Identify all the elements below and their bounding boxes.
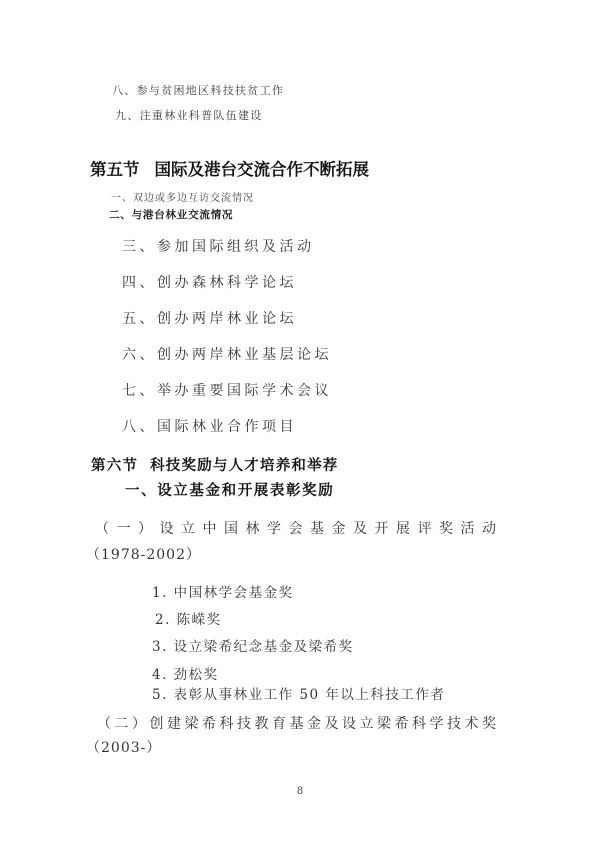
section6-title: 科技奖励与人才培养和举荐 (150, 457, 338, 474)
award-item-2: 2. 陈嵘奖 (155, 614, 222, 628)
document-page: 八、参与贫困地区科技扶贫工作 九、注重林业科普队伍建设 第五节国际及港台交流合作… (0, 0, 600, 848)
section5-item-2: 二、与港台林业交流情况 (109, 210, 233, 221)
section6-block2-period: （2003-） (86, 741, 161, 755)
section5-heading: 第五节国际及港台交流合作不断拓展 (90, 162, 369, 179)
award-item-1: 1. 中国林学会基金奖 (152, 587, 294, 601)
section5-item-3: 三、参加国际组织及活动 (122, 240, 315, 254)
section5-item-5: 五、创办两岸林业论坛 (122, 312, 297, 326)
section5-item-6: 六、创办两岸林业基层论坛 (122, 348, 332, 362)
section6-block1-heading: （一）设立中国林学会基金及开展评奖活动 (95, 522, 504, 536)
section5-item-1: 一、双边或多边互访交流情况 (111, 194, 254, 204)
section5-title: 国际及港台交流合作不断拓展 (155, 160, 370, 179)
award-item-5: 5. 表彰从事林业工作 50 年以上科技工作者 (152, 689, 445, 703)
section6-heading: 第六节科技奖励与人才培养和举荐 (91, 459, 339, 474)
award-item-4: 4. 劲松奖 (152, 669, 219, 683)
toc-item-prev-9: 九、注重林业科普队伍建设 (115, 110, 263, 121)
section5-item-8: 八、国际林业合作项目 (122, 420, 297, 434)
section5-item-7: 七、举办重要国际学术会议 (122, 384, 332, 398)
toc-item-prev-8: 八、参与贫困地区科技扶贫工作 (112, 85, 284, 96)
section6-block2-heading: （二）创建梁希科技教育基金及设立梁希科学技术奖 (97, 717, 500, 731)
page-number: 8 (0, 786, 600, 797)
section5-number: 第五节 (90, 160, 140, 179)
section6-number: 第六节 (91, 457, 138, 474)
section6-block1-period: （1978-2002） (86, 548, 201, 562)
section5-item-4: 四、创办森林科学论坛 (122, 276, 297, 290)
section6-subsection-heading: 一、设立基金和开展表彰奖励 (125, 484, 334, 499)
award-item-3: 3. 设立梁希纪念基金及梁希奖 (152, 641, 354, 655)
